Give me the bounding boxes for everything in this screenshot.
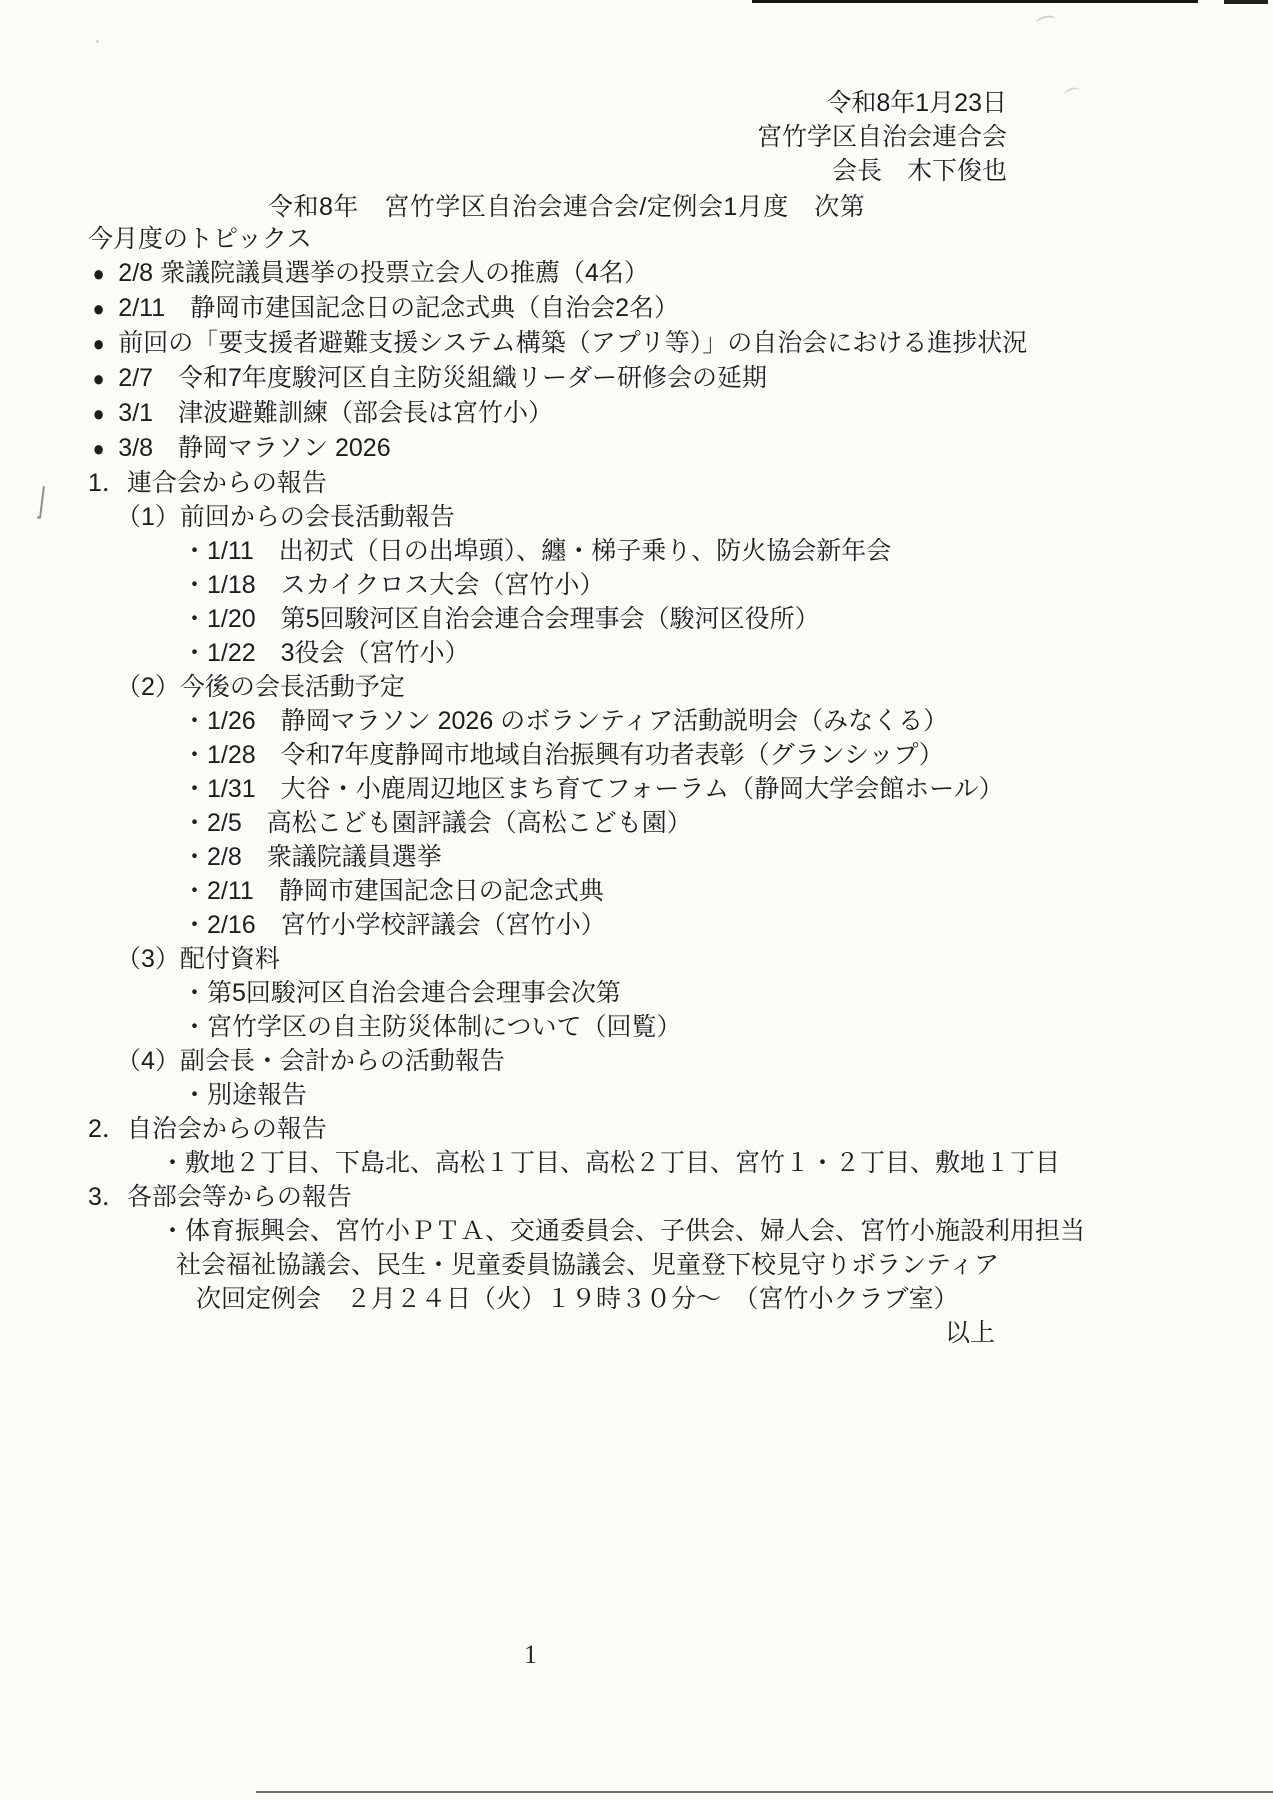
document-body: 今月度のトピックス ● 2/8 衆議院議員選挙の投票立会人の推薦（4名） ● 2… xyxy=(0,222,1273,1350)
section-2-heading: 2．自治会からの報告 xyxy=(88,1112,1273,1146)
topic-text: 2/7 令和7年度駿河区自主防災組織リーダー研修会の延期 xyxy=(118,361,767,395)
bullet-icon: ● xyxy=(93,327,105,361)
document-header: 令和8年1月23日 宮竹学区自治会連合会 会長 木下俊也 xyxy=(757,86,1007,188)
topics-heading: 今月度のトピックス xyxy=(88,222,1273,256)
section-3-heading: 3．各部会等からの報告 xyxy=(88,1180,1273,1214)
scan-artifact-top-dash xyxy=(1224,0,1268,4)
list-item: ・宮竹学区の自主防災体制について（回覧） xyxy=(182,1010,1273,1044)
bullet-icon: ● xyxy=(93,257,105,291)
list-item: ・2/16 宮竹小学校評議会（宮竹小） xyxy=(182,908,1273,942)
list-item: ・1/22 3役会（宮竹小） xyxy=(182,636,1273,670)
page-number: 1 xyxy=(524,1640,537,1670)
list-item: ・2/11 静岡市建国記念日の記念式典 xyxy=(182,874,1273,908)
topic-text: 3/8 静岡マラソン 2026 xyxy=(118,431,390,465)
subsection-1-heading: （1）前回からの会長活動報告 xyxy=(116,500,1273,534)
subsection-4-heading: （4）副会長・会計からの活動報告 xyxy=(116,1044,1273,1078)
list-item: ・敷地２丁目、下島北、高松１丁目、高松２丁目、宮竹１・２丁目、敷地１丁目 xyxy=(160,1146,1273,1180)
topic-text: 3/1 津波避難訓練（部会長は宮竹小） xyxy=(118,396,553,430)
topic-item: ● 2/11 静岡市建国記念日の記念式典（自治会2名） xyxy=(92,291,1273,326)
list-item: ・2/5 高松こども園評議会（高松こども園） xyxy=(182,806,1273,840)
list-item: ・1/11 出初式（日の出埠頭）、纏・梯子乗り、防火協会新年会 xyxy=(182,534,1273,568)
topic-item: ● 2/7 令和7年度駿河区自主防災組織リーダー研修会の延期 xyxy=(92,361,1273,396)
bullet-icon: ● xyxy=(93,362,105,396)
subsection-3-heading: （3）配付資料 xyxy=(116,942,1273,976)
list-item: ・2/8 衆議院議員選挙 xyxy=(182,840,1273,874)
document-title: 令和8年 宮竹学区自治会連合会/定例会1月度 次第 xyxy=(268,190,865,225)
list-item: ・体育振興会、宮竹小ＰＴＡ、交通委員会、子供会、婦人会、宮竹小施設利用担当 xyxy=(160,1214,1273,1248)
document-date: 令和8年1月23日 xyxy=(757,86,1007,120)
list-item: ・1/28 令和7年度静岡市地域自治振興有功者表彰（グランシップ） xyxy=(182,738,1273,772)
subsection-2-heading: （2）今後の会長活動予定 xyxy=(116,670,1273,704)
list-item: ・1/18 スカイクロス大会（宮竹小） xyxy=(182,568,1273,602)
organization-name: 宮竹学区自治会連合会 xyxy=(757,120,1007,154)
bullet-icon: ● xyxy=(93,292,105,326)
scan-artifact-bottom-line xyxy=(256,1791,1273,1793)
list-item: ・第5回駿河区自治会連合会理事会次第 xyxy=(182,976,1273,1010)
closing-text: 以上 xyxy=(0,1316,1273,1350)
scan-artifact-squiggle xyxy=(1063,86,1081,100)
section-1-heading: 1．連合会からの報告 xyxy=(88,466,1273,500)
list-item: ・別途報告 xyxy=(182,1078,1273,1112)
chairman-name: 会長 木下俊也 xyxy=(757,154,1007,188)
bullet-icon: ● xyxy=(93,432,105,466)
topic-item: ● 2/8 衆議院議員選挙の投票立会人の推薦（4名） xyxy=(92,256,1273,291)
topic-text: 前回の「要支援者避難支援システム構築（アプリ等）」の自治会における進捗状況 xyxy=(118,326,1027,360)
scan-artifact-squiggle xyxy=(1035,14,1057,28)
scanned-document-page: 令和8年1月23日 宮竹学区自治会連合会 会長 木下俊也 令和8年 宮竹学区自治… xyxy=(0,0,1273,1800)
topic-text: 2/8 衆議院議員選挙の投票立会人の推薦（4名） xyxy=(118,256,649,290)
bullet-icon: ● xyxy=(93,397,105,431)
next-meeting-line: 次回定例会 ２月２４日（火）１９時３０分～ （宮竹小クラブ室） xyxy=(196,1282,1273,1316)
topic-item: ● 前回の「要支援者避難支援システム構築（アプリ等）」の自治会における進捗状況 xyxy=(92,326,1273,361)
list-item: ・1/31 大谷・小鹿周辺地区まち育てフォーラム（静岡大学会館ホール） xyxy=(182,772,1273,806)
list-item-continuation: 社会福祉協議会、民生・児童委員協議会、児童登下校見守りボランティア xyxy=(176,1248,1273,1282)
topic-text: 2/11 静岡市建国記念日の記念式典（自治会2名） xyxy=(118,291,679,325)
scan-artifact-top-line xyxy=(752,0,1198,3)
list-item: ・1/20 第5回駿河区自治会連合会理事会（駿河区役所） xyxy=(182,602,1273,636)
topic-item: ● 3/1 津波避難訓練（部会長は宮竹小） xyxy=(92,396,1273,431)
topic-item: ● 3/8 静岡マラソン 2026 xyxy=(92,431,1273,466)
scan-artifact-speck xyxy=(96,40,99,43)
list-item: ・1/26 静岡マラソン 2026 のボランティア活動説明会（みなくる） xyxy=(182,704,1273,738)
